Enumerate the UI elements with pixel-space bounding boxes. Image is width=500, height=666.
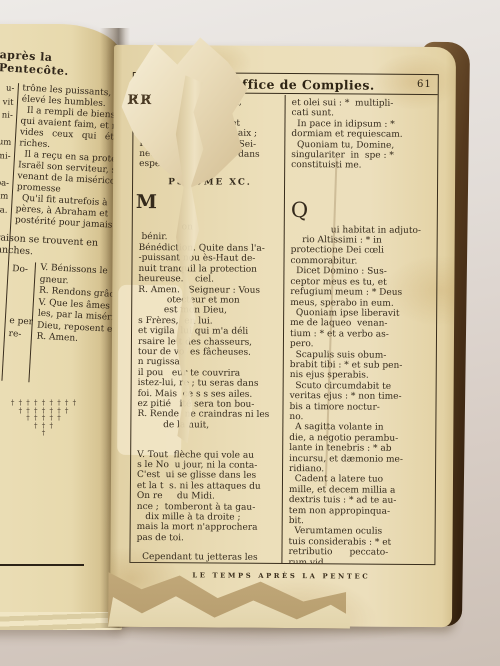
cross-tailpiece-ornament: † † † † † † † † † † † † † † † † † † † † … <box>2 400 86 438</box>
left-column-mid-lines: on bénir. Bénédiction. Quite dans l'a- -… <box>137 222 269 430</box>
right-column-psalm-text: Q ui habitat in adjuto- rio Altissimi : … <box>288 204 434 564</box>
left-page-rule <box>0 564 84 566</box>
flap-ornament-marks: R̸R̸ <box>128 93 154 108</box>
left-column-closing-text: Cependant tu jetteras les yeux autour de… <box>136 552 278 563</box>
right-column-psalm-lines: ui habitat in adjuto- rio Altissimi : * … <box>288 225 421 564</box>
left-column-lower-text: V. Tout flèche qui vole au s le No u jou… <box>137 450 280 545</box>
dropcap-m: M <box>136 197 157 208</box>
right-column-gap <box>291 171 434 205</box>
page-number: 61 <box>417 79 432 90</box>
right-column: et olei sui : * multipli- cati sunt. In … <box>282 95 437 564</box>
dropcap-q: Q <box>291 205 308 216</box>
footer-running-title: LE TEMPS APRÈS LA PENTEC <box>110 571 452 581</box>
main-page: De l'Office de Complies. 61 s l'abonda n… <box>110 45 456 627</box>
book-photo: après la Pentecôte. u- vit ni- um mi- pa… <box>0 0 500 666</box>
right-column-top-text: et olei sui : * multipli- cati sunt. In … <box>291 98 435 172</box>
left-column-mid-text: M on bénir. Bénédiction. Quite dans l'a-… <box>137 201 281 441</box>
